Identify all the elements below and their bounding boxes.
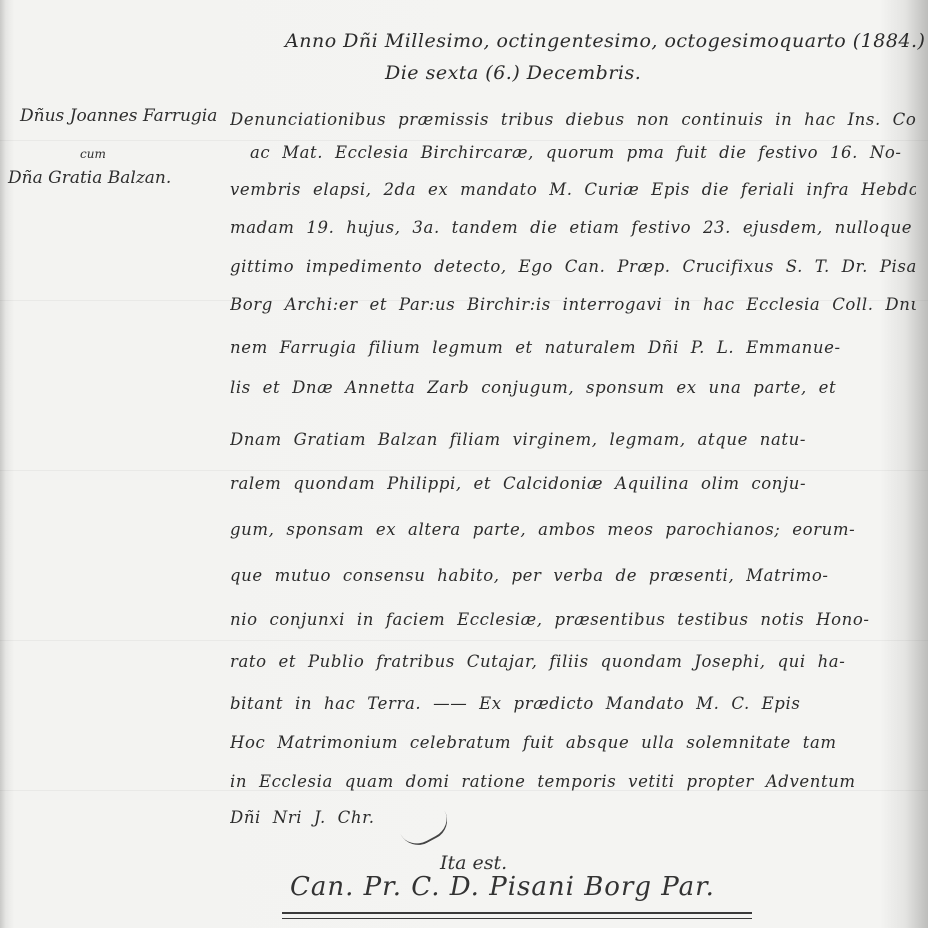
record-line: Denunciationibus præmissis tribus diebus…: [230, 110, 916, 129]
record-line: Hoc Matrimonium celebratum fuit absque u…: [230, 733, 916, 752]
margin-connector: cum: [80, 147, 106, 161]
heading-date: Die sexta (6.) Decembris.: [385, 62, 641, 84]
record-line: lis et Dnæ Annetta Zarb conjugum, sponsu…: [230, 378, 916, 397]
signature-underline: [282, 912, 752, 914]
priest-signature: Can. Pr. C. D. Pisani Borg Par.: [290, 872, 715, 902]
record-line: nem Farrugia filium legmum et naturalem …: [230, 338, 916, 357]
heading-year: Anno Dñi Millesimo, octingentesimo, octo…: [285, 30, 925, 52]
register-page: Anno Dñi Millesimo, octingentesimo, octo…: [0, 0, 928, 928]
margin-bride-name: Dña Gratia Balzan.: [8, 168, 171, 188]
record-line: nio conjunxi in faciem Ecclesiæ, præsent…: [230, 610, 916, 629]
record-line: vembris elapsi, 2da ex mandato M. Curiæ …: [230, 180, 916, 199]
record-line: gittimo impedimento detecto, Ego Can. Pr…: [230, 257, 916, 276]
record-line: Dnam Gratiam Balzan filiam virginem, leg…: [230, 430, 916, 449]
record-line: in Ecclesia quam domi ratione temporis v…: [230, 772, 916, 791]
signature-underline-secondary: [282, 918, 752, 919]
record-line: madam 19. hujus, 3a. tandem die etiam fe…: [230, 218, 916, 237]
attestation: Ita est.: [440, 852, 507, 874]
record-line: que mutuo consensu habito, per verba de …: [230, 566, 916, 585]
record-line: ralem quondam Philippi, et Calcidoniæ Aq…: [230, 474, 916, 493]
record-line: gum, sponsam ex altera parte, ambos meos…: [230, 520, 916, 539]
margin-groom-name: Dñus Joannes Farrugia: [20, 106, 217, 126]
record-line: ac Mat. Ecclesia Birchircaræ, quorum pma…: [250, 143, 916, 162]
record-line: Borg Archi:er et Par:us Birchir:is inter…: [230, 295, 916, 314]
record-line: Dñi Nri J. Chr.: [230, 808, 916, 827]
record-line: bitant in hac Terra. —— Ex prædicto Mand…: [230, 694, 916, 713]
record-line: rato et Publio fratribus Cutajar, filiis…: [230, 652, 916, 671]
